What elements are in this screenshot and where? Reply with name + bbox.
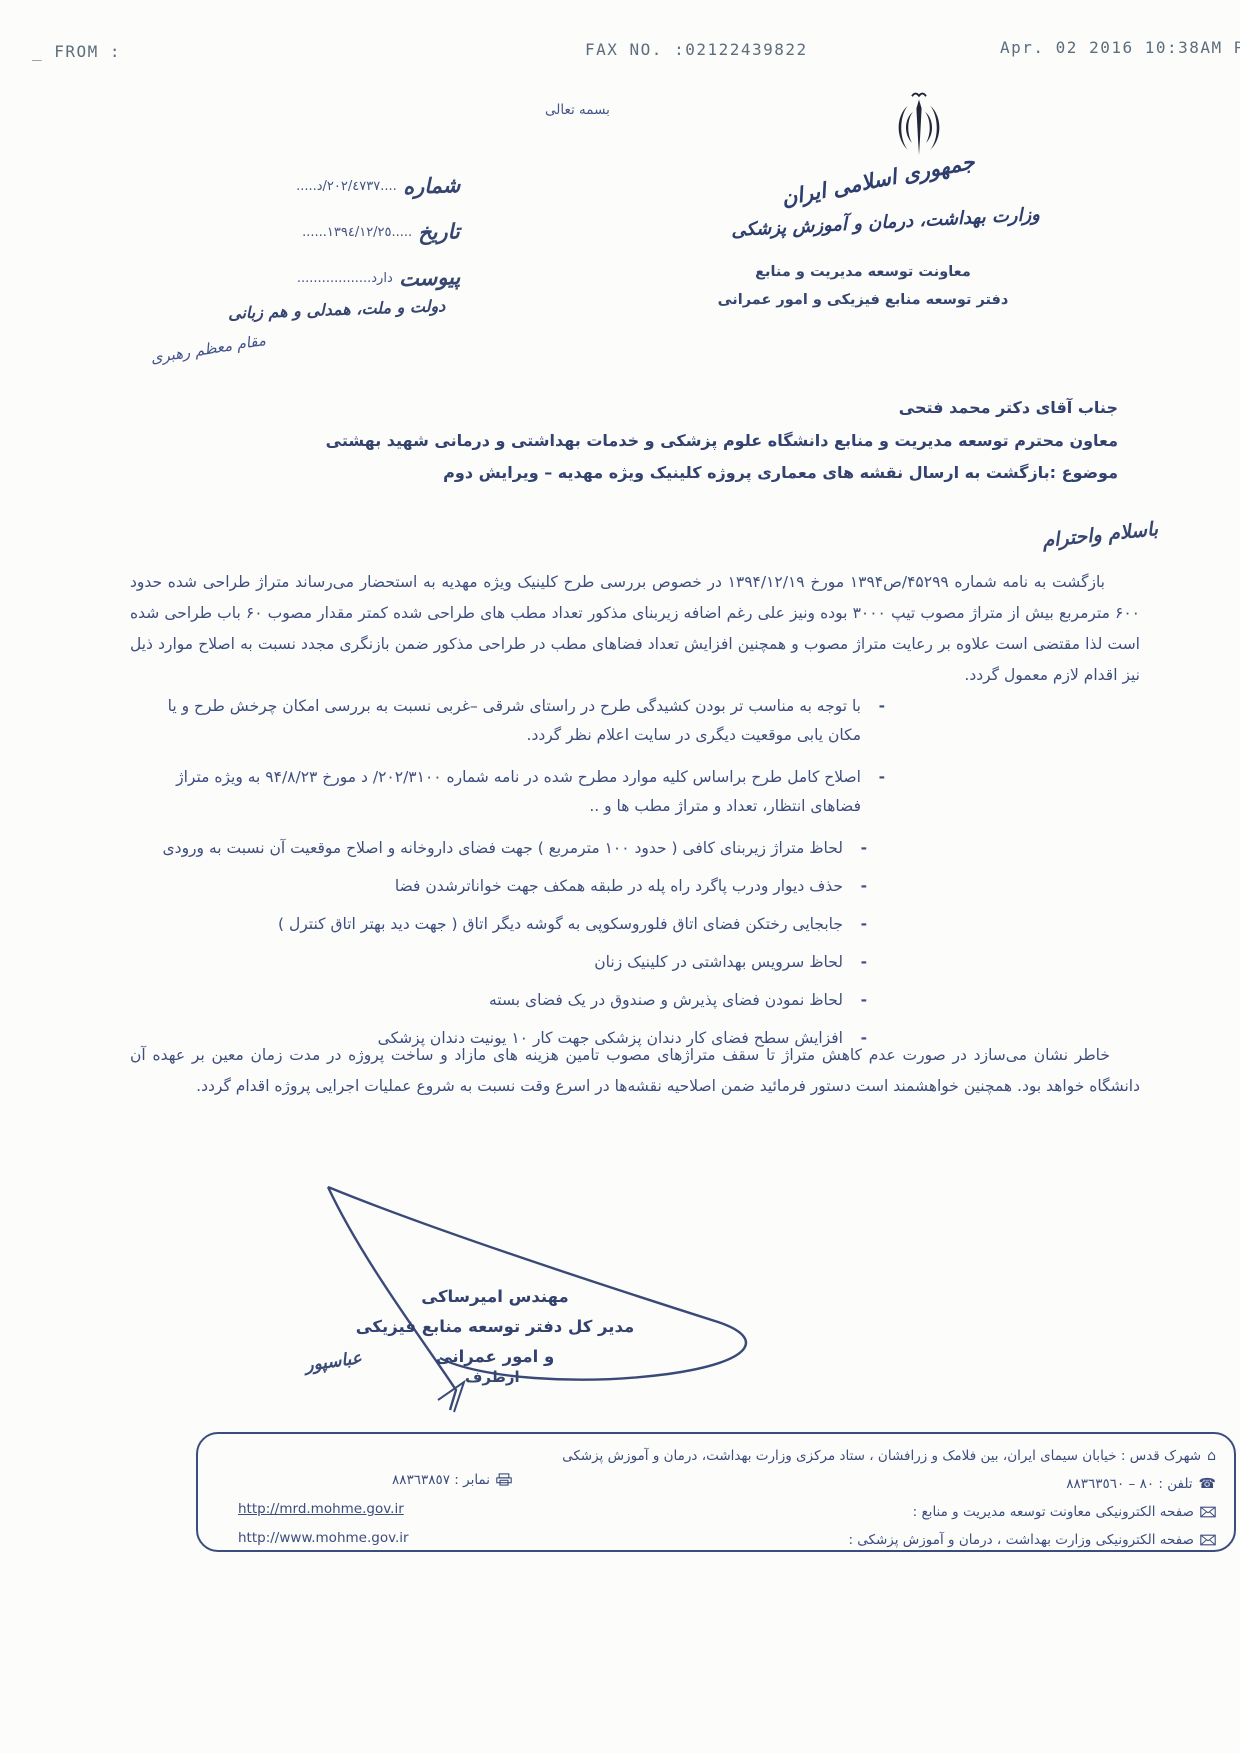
bullet-item: - لحاظ سرویس بهداشتی در کلینیک زنان <box>147 948 867 977</box>
bullet-text: لحاظ سرویس بهداشتی در کلینیک زنان <box>594 953 843 971</box>
letterhead-department-block: معاونت توسعه مدیریت و منابع دفتر توسعه م… <box>698 258 1028 314</box>
address-text: شهرک قدس : خیابان سیمای ایران، بین فلامک… <box>562 1448 1201 1464</box>
deputy-url: http://mrd.mohme.gov.ir <box>238 1495 512 1524</box>
attachment-row: پیوست دارد.................. <box>145 255 460 301</box>
fax-machine-icon <box>496 1473 512 1486</box>
bullet-dash: - <box>879 692 885 721</box>
phone-text: تلفن : ٨٠ – ٨٨٣٦٣٥٦٠ <box>1066 1476 1192 1492</box>
date-label: تاریخ <box>418 219 461 244</box>
recipient-name: جناب آقای دکتر محمد فتحی <box>113 392 1118 425</box>
signatory-block: مهندس امیرساکی مدیر کل دفتر توسعه منابع … <box>330 1282 660 1372</box>
bullet-item: - لحاظ نمودن فضای پذیرش و صندوق در یک فض… <box>147 986 867 1015</box>
fax-datetime: Apr. 02 2016 10:38AM P2 <box>1000 38 1240 57</box>
bullet-item: - اصلاح کامل طرح براساس کلیه موارد مطرح … <box>147 763 885 821</box>
bullet-dash: - <box>861 872 867 901</box>
footer-contact-box: نمابر : ٨٨٣٦٣٨٥٧ http://mrd.mohme.gov.ir… <box>196 1432 1236 1552</box>
bullet-text: اصلاح کامل طرح براساس کلیه موارد مطرح شد… <box>176 768 861 815</box>
envelope-icon <box>1200 1534 1216 1546</box>
fax-from-label: _ FROM : <box>32 42 121 61</box>
envelope-icon <box>1200 1506 1216 1518</box>
fax-document-page: _ FROM : FAX NO. :02122439822 Apr. 02 20… <box>0 0 1240 1753</box>
ministry-website-text: صفحه الکترونیکی وزارت بهداشت ، درمان و آ… <box>848 1532 1194 1548</box>
number-value: ....٢٠٢/٤٧٣٧/د..... <box>296 179 397 194</box>
bullet-dash: - <box>861 910 867 939</box>
address-line: ⌂شهرک قدس : خیابان سیمای ایران، بین فلام… <box>512 1442 1216 1470</box>
attachment-value: دارد.................. <box>297 271 393 286</box>
body-paragraph-1: بازگشت به نامه شماره ۴۵۲۹۹/ص۱۳۹۴ مورخ ۱۳… <box>130 567 1140 691</box>
ministry-url: http://www.mohme.gov.ir <box>238 1524 512 1553</box>
fax-contact-line: نمابر : ٨٨٣٦٣٨٥٧ <box>238 1466 512 1495</box>
subject-line: موضوع :بازگشت به ارسال نقشه های معماری پ… <box>113 457 1118 490</box>
footer-right-column: ⌂شهرک قدس : خیابان سیمای ایران، بین فلام… <box>512 1440 1216 1544</box>
phone-icon: ☎ <box>1199 1476 1216 1492</box>
bullet-text: لحاظ نمودن فضای پذیرش و صندوق در یک فضای… <box>489 991 843 1009</box>
bullet-list: - با توجه به مناسب تر بودن کشیدگی طرح در… <box>147 692 885 1062</box>
bullet-dash: - <box>861 834 867 863</box>
body-paragraph-2: خاطر نشان می‌سازد در صورت عدم کاهش متراژ… <box>130 1040 1140 1102</box>
salutation-text: باسلام واحترام <box>1041 518 1159 552</box>
number-label: شماره <box>402 173 460 199</box>
bismillah-text: بسمه تعالی <box>545 102 610 118</box>
signatory-name: مهندس امیرساکی <box>330 1282 660 1312</box>
footer-left-column: نمابر : ٨٨٣٦٣٨٥٧ http://mrd.mohme.gov.ir… <box>212 1440 512 1544</box>
bullet-dash: - <box>861 948 867 977</box>
bullet-item: - با توجه به مناسب تر بودن کشیدگی طرح در… <box>147 692 885 750</box>
building-icon: ⌂ <box>1207 1448 1216 1464</box>
deputy-website-line: صفحه الکترونیکی معاونت توسعه مدیریت و من… <box>512 1498 1216 1526</box>
bullet-item: - لحاظ متراژ زیربنای کافی ( حدود ۱۰۰ متر… <box>147 834 867 863</box>
bullet-item: - جابجایی رختکن فضای اتاق فلوروسکوپی به … <box>147 910 867 939</box>
date-value: .....١٣٩٤/١٢/٢٥...... <box>302 225 412 240</box>
fax-number: FAX NO. :02122439822 <box>585 40 808 59</box>
bullet-dash: - <box>879 763 885 792</box>
number-row: شماره ....٢٠٢/٤٧٣٧/د..... <box>145 163 460 209</box>
republic-calligraphy: جمهوری اسلامی ایران <box>758 145 998 214</box>
fax-contact-text: نمابر : ٨٨٣٦٣٨٥٧ <box>392 1472 490 1488</box>
phone-line: ☎تلفن : ٨٠ – ٨٨٣٦٣٥٦٠ <box>512 1470 1216 1498</box>
bullet-dash: - <box>861 986 867 1015</box>
bullet-text: حذف دیوار ودرب پاگرد راه پله در طبقه همک… <box>395 877 843 895</box>
bullet-text: با توجه به مناسب تر بودن کشیدگی طرح در ر… <box>168 697 861 744</box>
signatory-title-1: مدیر کل دفتر توسعه منابع فیزیکی <box>330 1312 660 1342</box>
deputy-line: معاونت توسعه مدیریت و منابع <box>698 258 1028 286</box>
reference-fields: شماره ....٢٠٢/٤٧٣٧/د..... تاریخ .....١٣٩… <box>145 163 460 301</box>
on-behalf-label: ازطرف <box>465 1368 520 1386</box>
office-line: دفتر توسعه منابع فیزیکی و امور عمرانی <box>698 286 1028 314</box>
attachment-label: پیوست <box>398 265 460 291</box>
ministry-website-line: صفحه الکترونیکی وزارت بهداشت ، درمان و آ… <box>512 1526 1216 1554</box>
deputy-website-text: صفحه الکترونیکی معاونت توسعه مدیریت و من… <box>913 1504 1194 1520</box>
slogan-attribution: مقام معظم رهبری <box>149 331 267 367</box>
recipient-block: جناب آقای دکتر محمد فتحی معاون محترم توس… <box>113 392 1118 490</box>
bullet-item: - حذف دیوار ودرب پاگرد راه پله در طبقه ه… <box>147 872 867 901</box>
recipient-title: معاون محترم توسعه مدیریت و منابع دانشگاه… <box>113 425 1118 458</box>
bullet-text: لحاظ متراژ زیربنای کافی ( حدود ۱۰۰ مترمر… <box>163 839 843 857</box>
bullet-text: جابجایی رختکن فضای اتاق فلوروسکوپی به گو… <box>278 915 843 933</box>
date-row: تاریخ .....١٣٩٤/١٢/٢٥...... <box>145 209 460 255</box>
